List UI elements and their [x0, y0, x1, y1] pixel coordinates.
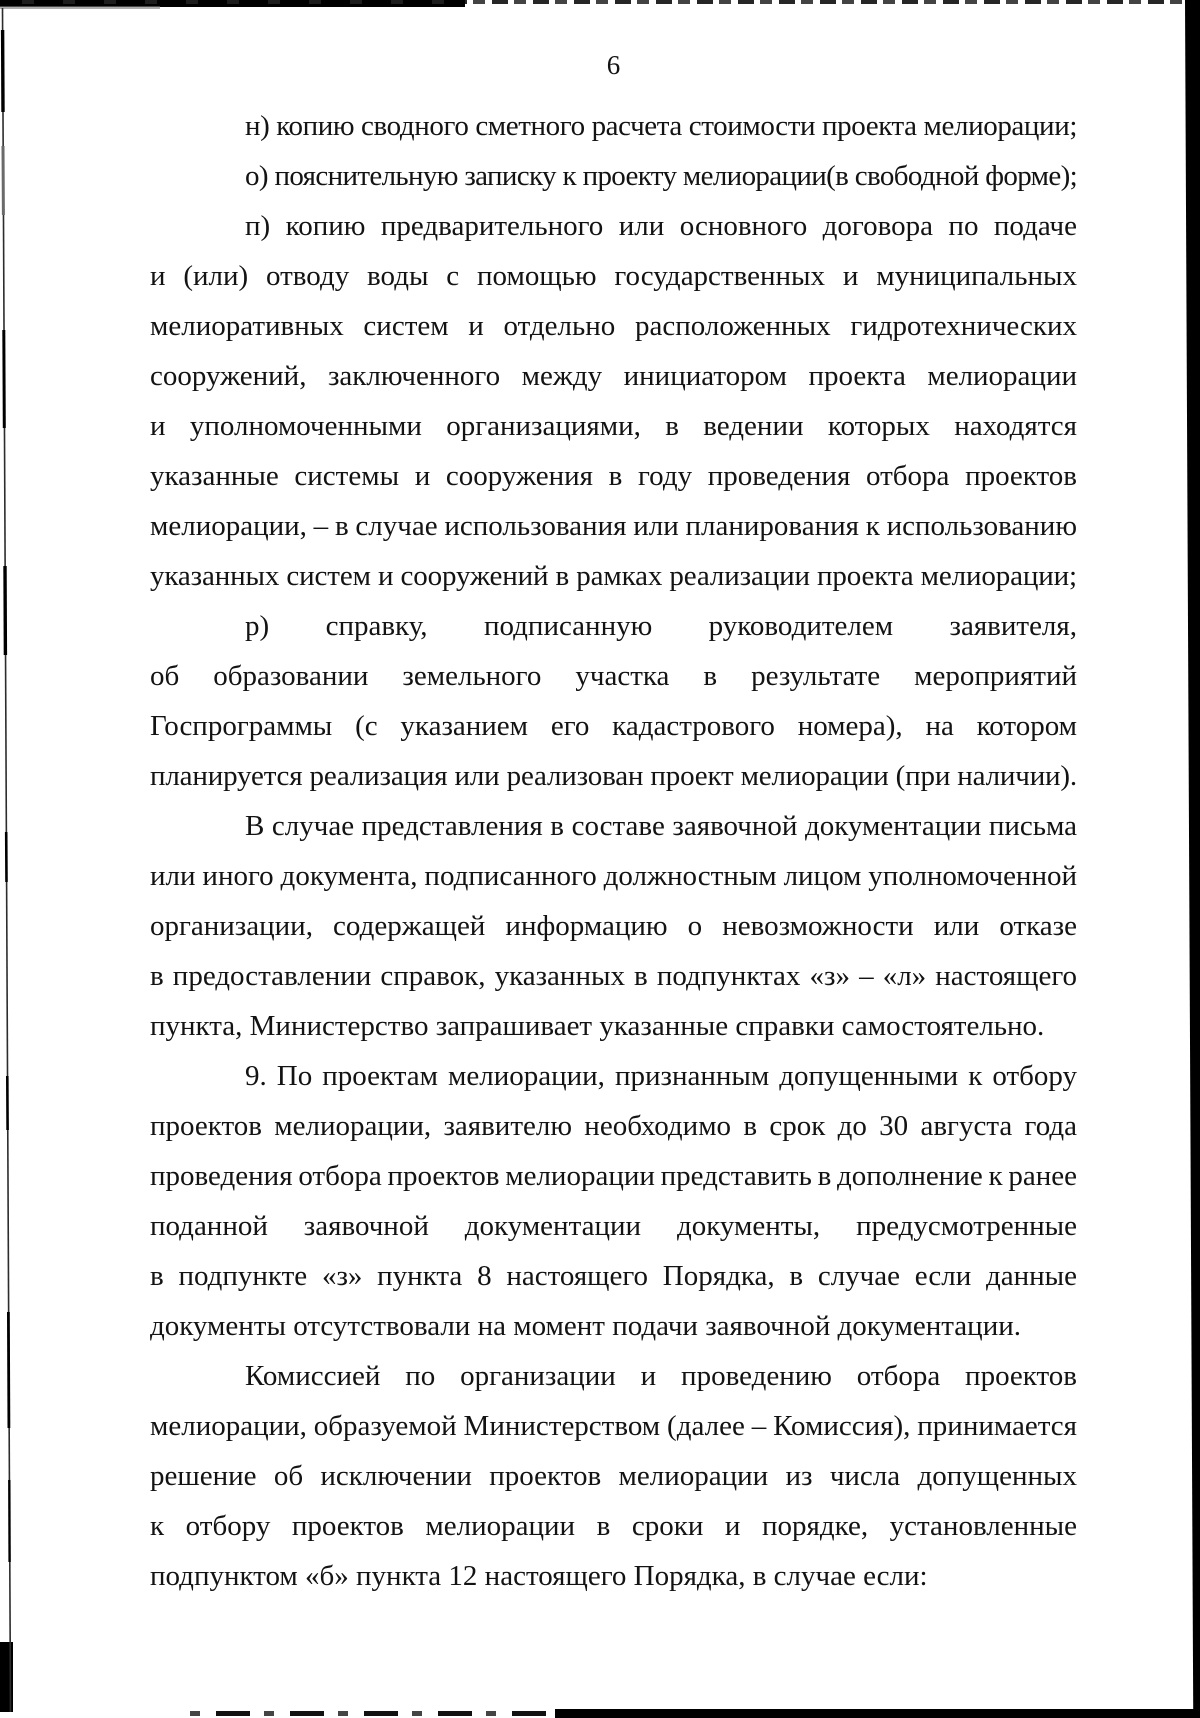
text-line: В случае представления в составе заявочн… [150, 801, 1077, 851]
text-line: проведения отбора проектов мелиорации пр… [150, 1151, 1077, 1201]
text-line: сооружений, заключенного между инициатор… [150, 351, 1077, 401]
text-line-text: и уполномоченными организациями, в веден… [150, 410, 1077, 442]
text-line-text: или иного документа, подписанного должно… [150, 860, 1077, 892]
text-line: п) копию предварительного или основного … [150, 201, 1077, 251]
text-line-text: указанных систем и сооружений в рамках р… [150, 560, 1077, 592]
scan-artifact-top-dashes [0, 0, 1200, 4]
text-line-text: мелиорации, образуемой Министерством (да… [150, 1410, 1077, 1442]
text-line: проектов мелиорации, заявителю необходим… [150, 1101, 1077, 1151]
text-line-text: планируется реализация или реализован пр… [150, 760, 1077, 792]
text-line: Госпрограммы (с указанием его кадастрово… [150, 701, 1077, 751]
text-line: р) справку, подписанную руководителем за… [150, 601, 1077, 651]
text-line-text: н) копию сводного сметного расчета стоим… [245, 110, 1077, 142]
scan-artifact-left-edge-line [0, 0, 20, 1718]
text-line-text: документы отсутствовали на момент подачи… [150, 1310, 1021, 1342]
text-line-text: проведения отбора проектов мелиорации пр… [150, 1160, 1077, 1192]
text-line-text: и (или) отводу воды с помощью государств… [150, 260, 1077, 292]
text-line: пункта, Министерство запрашивает указанн… [150, 1001, 1077, 1051]
text-line: мелиоративных систем и отдельно располож… [150, 301, 1077, 351]
text-line-text: р) справку, подписанную руководителем за… [245, 610, 1077, 642]
text-line: в предоставлении справок, указанных в по… [150, 951, 1077, 1001]
text-line: Комиссией по организации и проведению от… [150, 1351, 1077, 1401]
text-line-text: в подпункте «з» пункта 8 настоящего Поря… [150, 1260, 1077, 1292]
scanned-document-page: 6 н) копию сводного сметного расчета сто… [0, 0, 1200, 1718]
text-line-text: поданной заявочной документации документ… [150, 1210, 1077, 1242]
text-line: к отбору проектов мелиорации в сроки и п… [150, 1501, 1077, 1551]
scan-artifact-right-bar [1185, 0, 1200, 1718]
document-body-text: н) копию сводного сметного расчета стоим… [150, 101, 1077, 1601]
text-line: документы отсутствовали на момент подачи… [150, 1301, 1077, 1351]
text-line-text: об образовании земельного участка в резу… [150, 660, 1077, 692]
scan-artifact-top-gray [0, 6, 160, 9]
text-line-text: организации, содержащей информацию о нев… [150, 910, 1077, 942]
text-line-text: п) копию предварительного или основного … [245, 210, 1077, 242]
text-line: в подпункте «з» пункта 8 настоящего Поря… [150, 1251, 1077, 1301]
text-line: и (или) отводу воды с помощью государств… [150, 251, 1077, 301]
text-line: подпунктом «б» пункта 12 настоящего Поря… [150, 1551, 1077, 1601]
text-line-text: мелиоративных систем и отдельно располож… [150, 310, 1077, 342]
page-number: 6 [150, 50, 1077, 80]
text-line: 9. По проектам мелиорации, признанным до… [150, 1051, 1077, 1101]
text-line: об образовании земельного участка в резу… [150, 651, 1077, 701]
scan-artifact-bottom-bar [555, 1709, 1200, 1718]
text-line: планируется реализация или реализован пр… [150, 751, 1077, 801]
text-line: мелиорации, – в случае использования или… [150, 501, 1077, 551]
text-line-text: к отбору проектов мелиорации в сроки и п… [150, 1510, 1077, 1542]
text-line-text: пункта, Министерство запрашивает указанн… [150, 1010, 1044, 1042]
text-line-text: в предоставлении справок, указанных в по… [150, 960, 1077, 992]
text-line-text: подпунктом «б» пункта 12 настоящего Поря… [150, 1560, 928, 1592]
text-line-text: 9. По проектам мелиорации, признанным до… [245, 1060, 1077, 1092]
text-line-text: решение об исключении проектов мелиораци… [150, 1460, 1077, 1492]
text-line: решение об исключении проектов мелиораци… [150, 1451, 1077, 1501]
text-line-text: В случае представления в составе заявочн… [245, 810, 1077, 842]
text-line: организации, содержащей информацию о нев… [150, 901, 1077, 951]
text-line: о) пояснительную записку к проекту мелио… [150, 151, 1077, 201]
text-line-text: указанные системы и сооружения в году пр… [150, 460, 1077, 492]
text-line: указанные системы и сооружения в году пр… [150, 451, 1077, 501]
text-line: н) копию сводного сметного расчета стоим… [150, 101, 1077, 151]
scan-artifact-bottom-dashes [190, 1711, 560, 1716]
text-line-text: мелиорации, – в случае использования или… [150, 510, 1077, 542]
text-line: поданной заявочной документации документ… [150, 1201, 1077, 1251]
text-line-text: сооружений, заключенного между инициатор… [150, 360, 1077, 392]
text-line-text: Комиссией по организации и проведению от… [245, 1360, 1077, 1392]
text-line: указанных систем и сооружений в рамках р… [150, 551, 1077, 601]
text-line-text: Госпрограммы (с указанием его кадастрово… [150, 710, 1077, 742]
text-line-text: проектов мелиорации, заявителю необходим… [150, 1110, 1077, 1142]
text-line-text: о) пояснительную записку к проекту мелио… [245, 160, 1077, 192]
text-line: мелиорации, образуемой Министерством (да… [150, 1401, 1077, 1451]
text-line: или иного документа, подписанного должно… [150, 851, 1077, 901]
text-line: и уполномоченными организациями, в веден… [150, 401, 1077, 451]
